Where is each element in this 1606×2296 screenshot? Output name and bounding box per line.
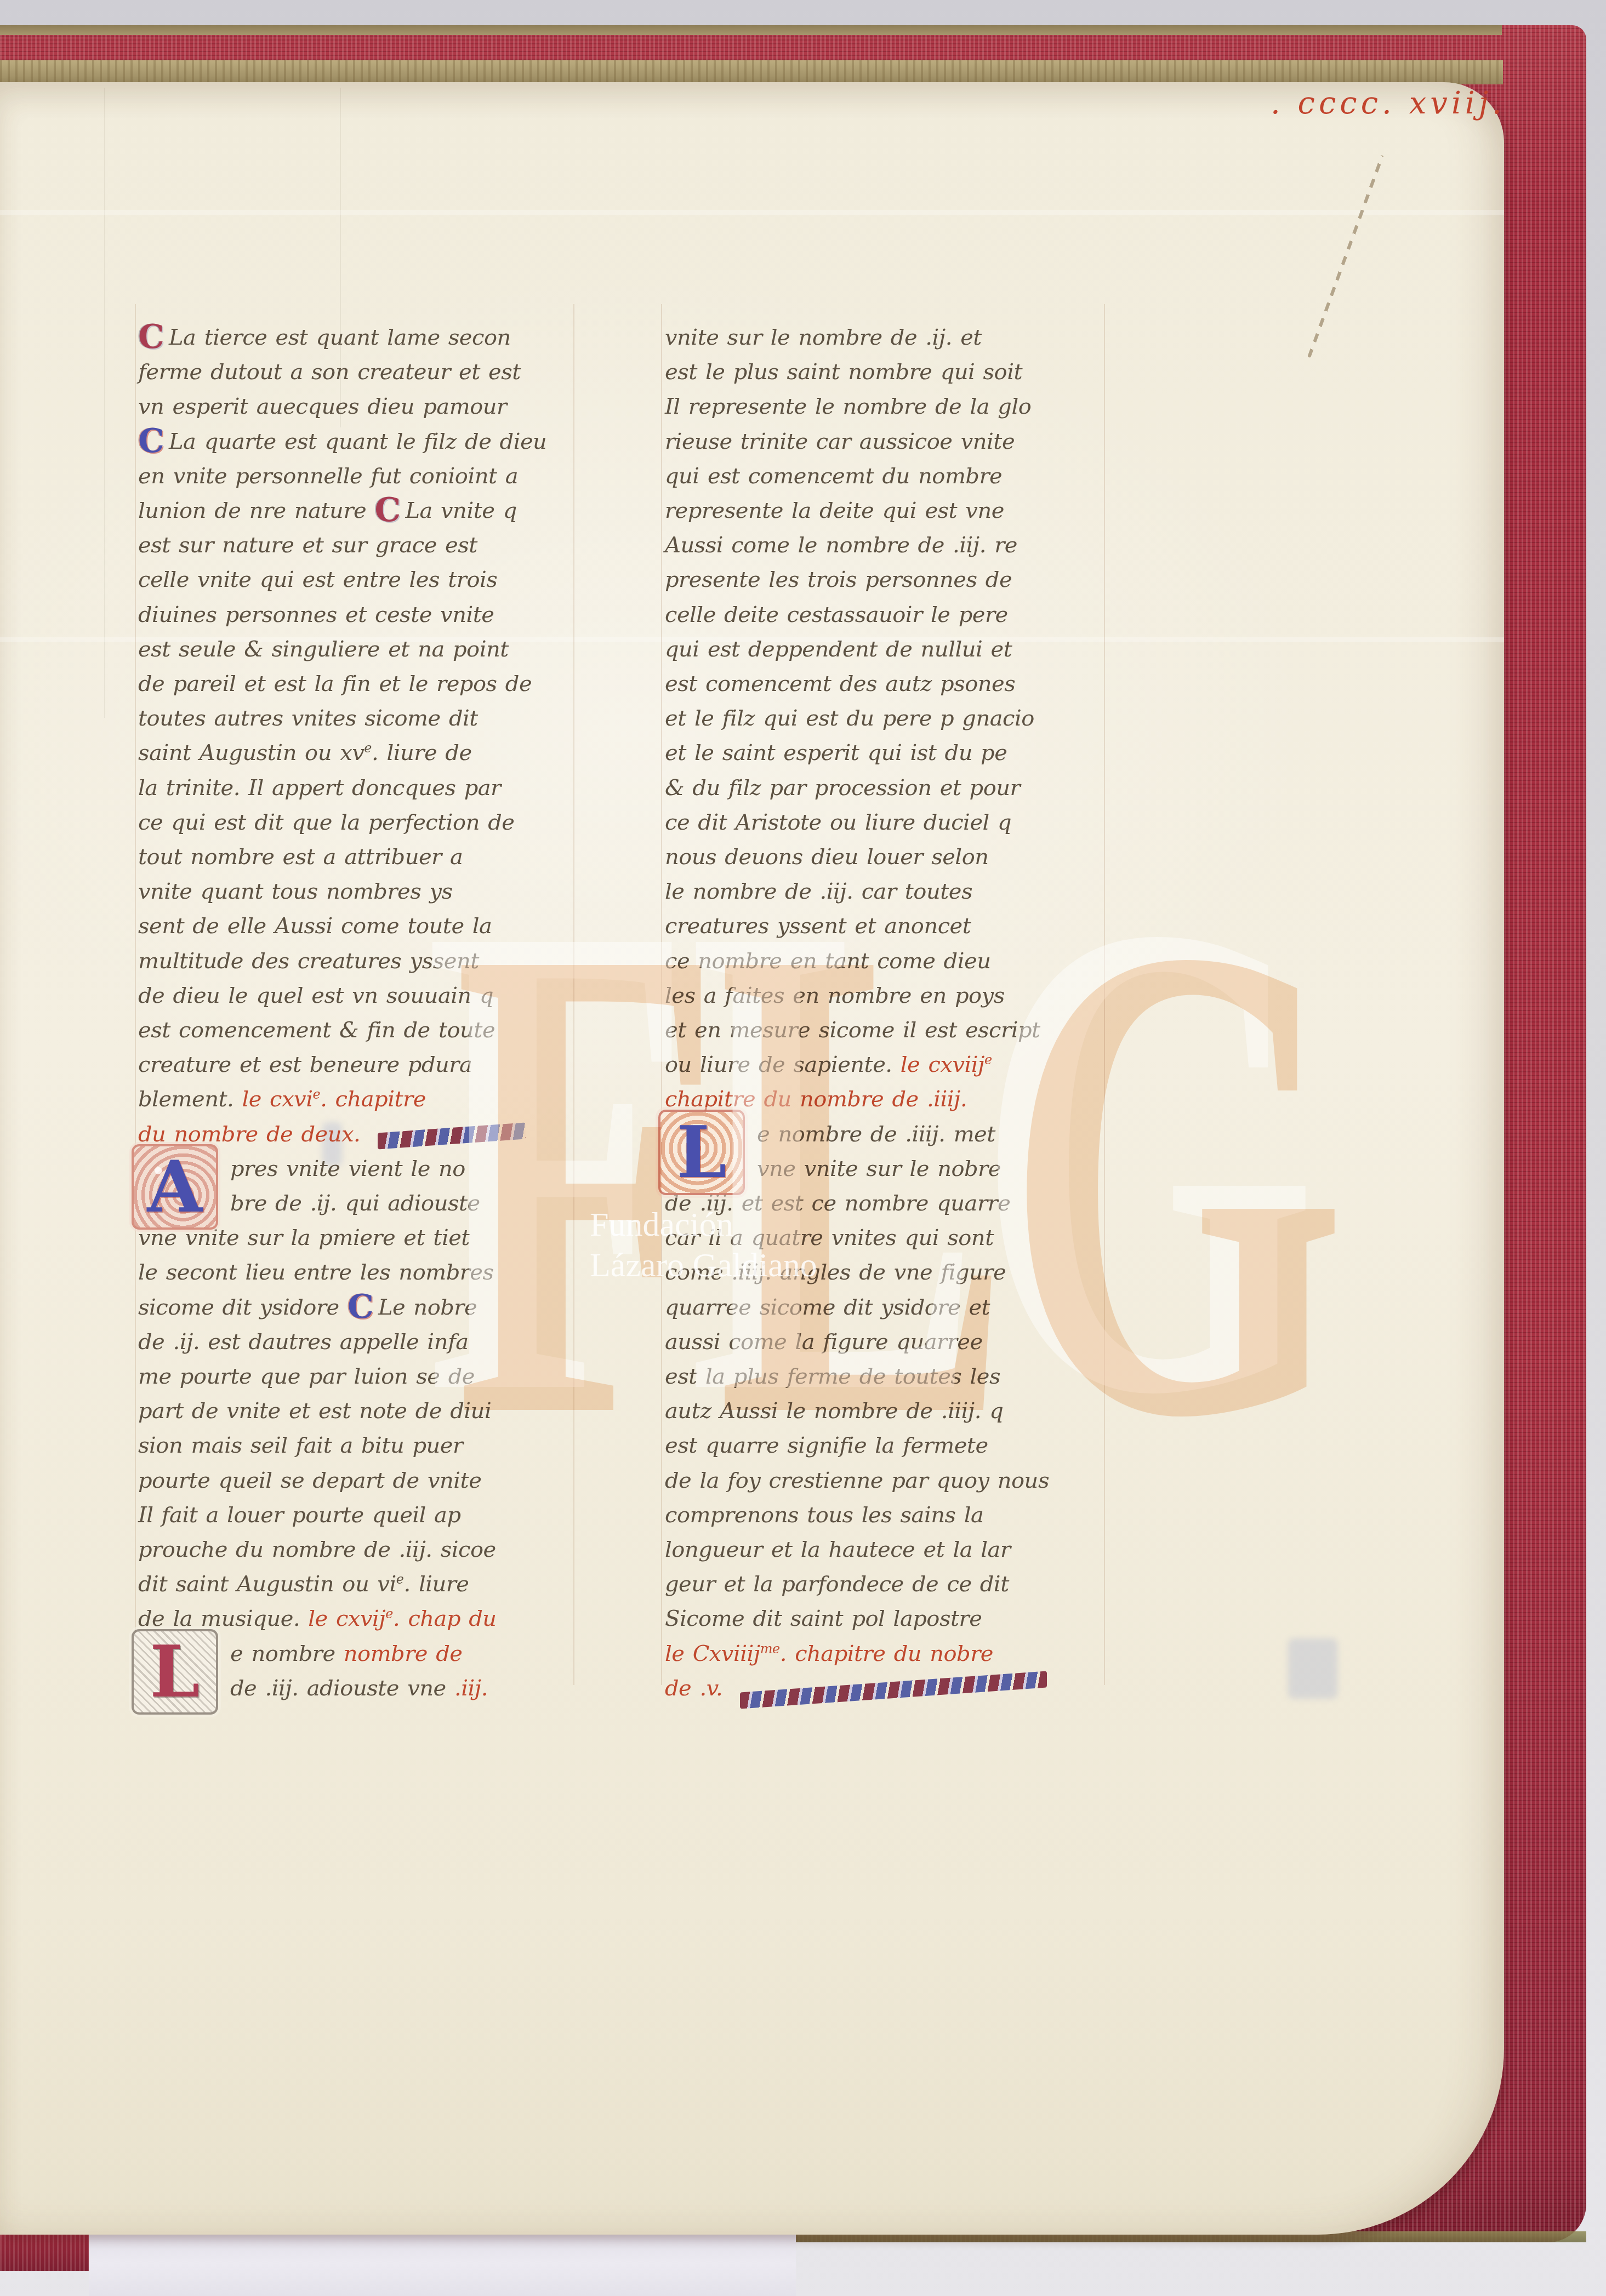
text-line: est la plus ferme de toutes les [665,1360,1000,1394]
text-line: ce dit Aristote ou liure duciel q [665,806,1011,840]
body-text: est seule & singuliere et na point [138,637,509,662]
text-line: rieuse trinite car aussicoe vnite [665,425,1015,459]
body-text: e [396,1572,404,1587]
rubric-text: nombre de [344,1641,463,1666]
text-line: et en mesure sicome il est escript [665,1013,1040,1048]
text-line: sicome dit ysidore CLe nobre [138,1290,477,1325]
body-text: part de vnite et est note de diui [138,1398,491,1424]
rubric-text: . chap du [393,1606,497,1631]
body-text: e nombre de .iiij. met [757,1122,995,1147]
body-text: e nombre [230,1641,344,1666]
body-text: quarree sicome dit ysidore et [665,1295,990,1320]
body-text: ou liure de sapiente. [665,1052,901,1077]
rubric-text: e [385,1606,393,1621]
rubric-text: .iij. [454,1676,488,1701]
manuscript-photo: . cccc. xviij. CLa tierce est quant lame… [0,0,1606,2296]
text-line: ce qui est dit que la perfection de [138,806,514,840]
text-line: de la foy crestienne par quoy nous [665,1464,1049,1498]
illuminated-initial-L: L [660,1112,743,1193]
body-text: les a faites en nombre en poys [665,983,1005,1008]
text-line: nous deuons dieu louer selon [665,840,989,875]
body-text: est sur nature et sur grace est [138,533,477,558]
body-text: me pourte que par luion se de [138,1364,475,1389]
body-text: sent de elle Aussi come toute la [138,913,492,939]
body-text: bre de .ij. qui adiouste [230,1191,480,1216]
text-line: de .v. [665,1671,1047,1706]
paragraph-mark: C [138,427,169,455]
text-line: multitude des creatures yssent [138,944,479,979]
text-line: celle deite cestassauoir le pere [665,598,1008,632]
body-text: et le saint esperit qui ist du pe [665,740,1007,766]
body-text: le secont lieu entre les nombres [138,1260,494,1285]
text-line: tout nombre est a attribuer a [138,840,463,875]
text-line: est seule & singuliere et na point [138,632,509,667]
body-text: Le nobre [378,1295,477,1320]
body-text: de la musique. [138,1606,308,1631]
body-text: de pareil et est la fin et le repos de [138,671,532,696]
body-text: saint Augustin ou xv [138,740,364,766]
body-text: dit saint Augustin ou vi [138,1572,396,1597]
paragraph-mark: C [348,1293,378,1321]
body-text: de la foy crestienne par quoy nous [665,1468,1049,1493]
text-line: vnite quant tous nombres ys [138,875,453,909]
body-text: geur et la parfondece de ce dit [665,1572,1009,1597]
body-text: vne vnite sur la pmiere et tiet [138,1225,470,1250]
text-line: longueur et la hautece et la lar [665,1533,1011,1567]
text-line: les a faites en nombre en poys [665,979,1005,1013]
text-line: en vnite personnelle fut conioint a [138,459,518,494]
body-text: tout nombre est a attribuer a [138,844,463,870]
body-text: Aussi come le nombre de .iij. re [665,533,1017,558]
body-text: la trinite. Il appert doncques par [138,775,501,801]
body-text: de .iij. adiouste vne [230,1676,454,1701]
body-text: car il a quatre vnites qui sont [665,1225,994,1250]
text-line: represente la deite qui est vne [665,494,1004,528]
body-text: aussi come la figure quarree [665,1329,983,1355]
column-rule [135,304,136,1685]
text-line: est quarre signifie la fermete [665,1429,988,1463]
text-line: autz Aussi le nombre de .iiij. q [665,1394,1003,1429]
rubric-text: e [312,1087,320,1102]
body-text: prouche du nombre de .iij. sicoe [138,1537,496,1562]
text-line: celle vnite qui est entre les trois [138,563,497,597]
text-line: creatures yssent et anoncet [665,909,971,944]
text-line: est comencement & fin de toute [138,1013,495,1048]
text-line: blement. le cxvie. chapitre [138,1082,426,1117]
body-text: La quarte est quant le filz de dieu [169,429,546,454]
text-line: CLa tierce est quant lame secon [138,321,511,355]
body-text: est le plus saint nombre qui soit [665,359,1022,385]
body-text: & du filz par procession et pour [665,775,1020,801]
body-text: creatures yssent et anoncet [665,913,971,939]
text-line: part de vnite et est note de diui [138,1394,491,1429]
body-text: e [364,740,372,756]
text-line: le nombre de .iij. car toutes [665,875,972,909]
body-text: multitude des creatures yssent [138,949,479,974]
text-line: et le filz qui est du pere p gnacio [665,701,1034,736]
body-text: toutes autres vnites sicome dit [138,706,478,731]
body-text: diuines personnes et ceste vnite [138,602,494,627]
body-text: sion mais seil fait a bitu puer [138,1433,463,1458]
body-text: est comencemt des autz psones [665,671,1015,696]
gilt-page-edges [0,60,1503,84]
body-text: rieuse trinite car aussicoe vnite [665,429,1015,454]
text-line: presente les trois personnes de [665,563,1012,597]
text-column-right: vnite sur le nombre de .ij. etest le plu… [665,321,1120,1723]
body-text: celle vnite qui est entre les trois [138,567,497,592]
text-line: vnite sur le nombre de .ij. et [665,321,982,355]
text-line: de pareil et est la fin et le repos de [138,667,532,701]
body-text: est quarre signifie la fermete [665,1433,988,1458]
text-line: lunion de nre nature CLa vnite q [138,494,517,528]
text-line: ce nombre en tant come dieu [665,944,990,979]
rubric-text: chapitre du nombre de .iiij. [665,1087,967,1112]
body-text: . liure [403,1572,469,1597]
text-line: est comencemt des autz psones [665,667,1015,701]
line-filler-ornament [378,1122,526,1149]
rubric-text: le cxviij [901,1052,984,1077]
body-text: et en mesure sicome il est escript [665,1018,1040,1043]
body-text: . liure de [372,740,472,766]
body-text: qui est comencemt du nombre [665,464,1002,489]
body-text: en vnite personnelle fut conioint a [138,464,518,489]
text-line: de dieu le quel est vn souuain q [138,979,493,1013]
text-line: le Cxviiijme. chapitre du nobre [665,1637,993,1671]
text-line: pourte queil se depart de vnite [138,1464,481,1498]
body-text: presente les trois personnes de [665,567,1012,592]
text-line: est le plus saint nombre qui soit [665,355,1022,390]
text-line: prouche du nombre de .iij. sicoe [138,1533,496,1567]
rubric-text: . chapitre [320,1087,426,1112]
body-text: nous deuons dieu louer selon [665,844,989,870]
column-rule [661,304,662,1685]
body-text: sicome dit ysidore [138,1295,348,1320]
body-text: vn esperit auecques dieu pamour [138,394,507,419]
body-text: de .iij. et est ce nombre quarre [665,1191,1010,1216]
body-text: de .ij. est dautres appelle infa [138,1329,469,1355]
body-text: lunion de nre nature [138,498,374,523]
body-text: Sicome dit saint pol lapostre [665,1606,982,1631]
rubric-text: du nombre de deux. [138,1122,369,1147]
text-line: ferme dutout a son createur et est [138,355,521,390]
text-line: la trinite. Il appert doncques par [138,771,501,806]
rubric-text: de .v. [665,1676,731,1701]
paragraph-mark: C [374,496,405,524]
text-line: comprenons tous les sains la [665,1498,983,1533]
body-text: ce dit Aristote ou liure duciel q [665,810,1011,835]
page-crease [104,88,105,718]
body-text: le nombre de .iij. car toutes [665,879,972,904]
text-line: aussi come la figure quarree [665,1325,983,1360]
body-text: celle deite cestassauoir le pere [665,602,1008,627]
paragraph-mark: C [138,323,169,351]
text-line: geur et la parfondece de ce dit [665,1567,1009,1602]
initial-letter: A [147,1151,203,1223]
body-text: blement. [138,1087,242,1112]
text-line: sion mais seil fait a bitu puer [138,1429,463,1463]
text-line: qui est deppendent de nullui et [665,632,1012,667]
body-text: Il fait a louer pourte queil ap [138,1503,461,1528]
illuminated-initial-A: A [134,1146,216,1227]
initial-letter: L [676,1117,726,1188]
body-text: pourte queil se depart de vnite [138,1468,481,1493]
body-text: est la plus ferme de toutes les [665,1364,1000,1389]
body-text: autz Aussi le nombre de .iiij. q [665,1398,1003,1424]
text-line: de .ij. est dautres appelle infa [138,1325,469,1360]
body-text: ferme dutout a son createur et est [138,359,521,385]
body-text: ce nombre en tant come dieu [665,949,990,974]
text-line: come .iiij. angles de vne figure [665,1255,1006,1290]
body-text: come .iiij. angles de vne figure [665,1260,1006,1285]
text-line: vn esperit auecques dieu pamour [138,390,507,424]
text-line: & du filz par procession et pour [665,771,1020,806]
board-top-edge [0,25,1502,35]
text-line: Il represente le nombre de la glo [665,390,1031,424]
ink-ghost-blot [1288,1638,1337,1699]
text-line: et le saint esperit qui ist du pe [665,736,1007,770]
body-text: vnite sur le nombre de .ij. et [665,325,982,350]
rubric-text: . chapitre du nobre [780,1641,993,1666]
body-text: vnite quant tous nombres ys [138,879,453,904]
text-line: Aussi come le nombre de .iij. re [665,528,1017,563]
folio-number: . cccc. xviij. [1271,85,1506,121]
rubric-text: le cxvij [308,1606,385,1631]
rubric-text: me [760,1641,780,1656]
text-line: CLa quarte est quant le filz de dieu [138,425,546,459]
body-text: creature et est beneure pdura [138,1052,472,1077]
line-filler-ornament [740,1671,1047,1709]
body-text: et le filz qui est du pere p gnacio [665,706,1034,731]
body-text: vne vnite sur le nobre [757,1156,1001,1181]
text-line: le secont lieu entre les nombres [138,1255,494,1290]
body-text: qui est deppendent de nullui et [665,637,1012,662]
rubric-text: e [984,1052,992,1067]
text-line: me pourte que par luion se de [138,1360,475,1394]
body-text: est comencement & fin de toute [138,1018,495,1043]
text-column-left: CLa tierce est quant lame seconferme dut… [138,321,593,1723]
light-band [0,210,1504,215]
text-line: Il fait a louer pourte queil ap [138,1498,461,1533]
text-line: quarree sicome dit ysidore et [665,1290,990,1325]
body-text: longueur et la hautece et la lar [665,1537,1011,1562]
text-line: dit saint Augustin ou vie. liure [138,1567,469,1602]
body-text: pres vnite vient le no [230,1156,465,1181]
text-line: diuines personnes et ceste vnite [138,598,494,632]
rubric-text: le Cxviiij [665,1641,760,1666]
text-line: saint Augustin ou xve. liure de [138,736,472,770]
text-line: Sicome dit saint pol lapostre [665,1602,982,1636]
body-text: La vnite q [405,498,516,523]
text-line: toutes autres vnites sicome dit [138,701,478,736]
rubric-text: le cxvi [242,1087,312,1112]
body-text: de dieu le quel est vn souuain q [138,983,493,1008]
text-line: creature et est beneure pdura [138,1048,472,1082]
body-text: ce qui est dit que la perfection de [138,810,514,835]
body-text: comprenons tous les sains la [665,1503,983,1528]
text-line: ou liure de sapiente. le cxviije [665,1048,992,1082]
body-text: represente la deite qui est vne [665,498,1004,523]
illuminated-initial-L: L [134,1631,216,1712]
body-text: La tierce est quant lame secon [169,325,511,350]
text-line: car il a quatre vnites qui sont [665,1221,994,1255]
body-text: Il represente le nombre de la glo [665,394,1031,419]
text-line: sent de elle Aussi come toute la [138,909,492,944]
text-line: est sur nature et sur grace est [138,528,477,563]
text-line: qui est comencemt du nombre [665,459,1002,494]
initial-letter: L [150,1636,200,1707]
